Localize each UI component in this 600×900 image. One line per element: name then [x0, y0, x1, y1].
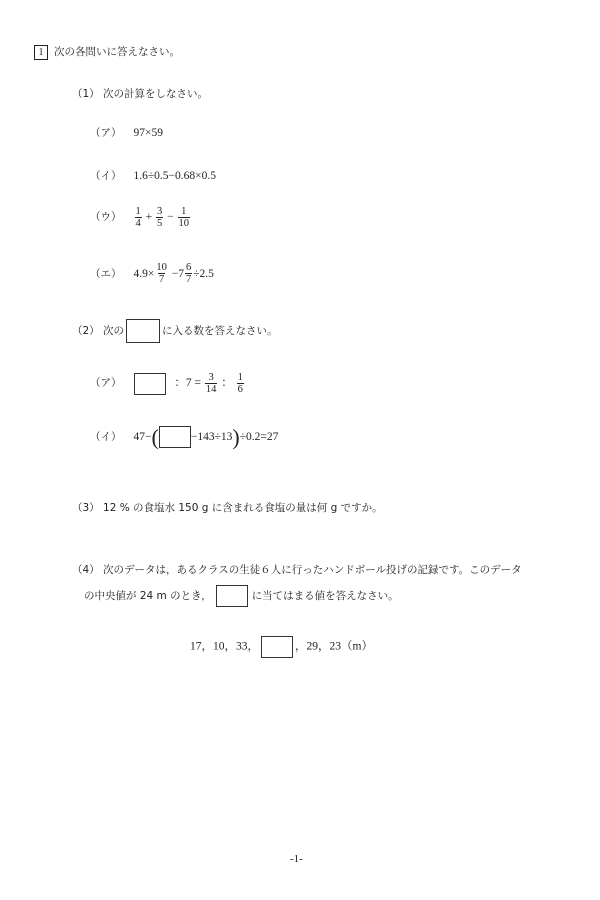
part2-item-b: （イ） 47−(−143÷13)÷0.2=27: [90, 426, 278, 448]
expression: 1.6÷0.5−0.68×0.5: [134, 170, 217, 182]
fraction: 14: [135, 206, 142, 229]
item-label: （イ）: [90, 429, 130, 444]
operator: −: [167, 211, 174, 223]
part1-item-c: （ウ） 14 + 35 − 110: [90, 206, 191, 229]
fraction: 35: [156, 206, 163, 229]
fraction: 110: [178, 206, 191, 229]
part3-text: 12 % の食塩水 150 g に含まれる食塩の量は何 g ですか。: [103, 502, 383, 514]
fraction: 67: [185, 262, 192, 285]
part4-line2: の中央値が 24 m のとき，に当てはまる値を答えなさい。: [84, 585, 399, 607]
part2-item-a: （ア） ：7 = 314 ： 16: [90, 372, 245, 395]
part1-item-b: （イ） 1.6÷0.5−0.68×0.5: [90, 168, 216, 183]
answer-box[interactable]: [261, 636, 293, 658]
answer-box[interactable]: [159, 426, 191, 448]
page-number: -1-: [290, 853, 303, 865]
part1-heading: （1） 次の計算をしなさい。: [72, 86, 208, 101]
part1-item-a: （ア） 97×59: [90, 125, 163, 140]
part3: （3） 12 % の食塩水 150 g に含まれる食塩の量は何 g ですか。: [72, 500, 383, 515]
part4-data: 17，10，33，，29，23（m）: [190, 636, 373, 658]
item-label: （ア）: [90, 375, 130, 390]
part1-instruction: 次の計算をしなさい。: [103, 88, 208, 100]
item-label: （ア）: [90, 125, 130, 140]
part2-label: （2）: [72, 325, 100, 337]
question-number: 1: [34, 45, 48, 60]
question-instruction: 次の各問いに答えなさい。: [54, 46, 180, 58]
item-label: （エ）: [90, 266, 130, 281]
part4-line1: （4） 次のデータは，あるクラスの生徒６人に行ったハンドボール投げの記録です。こ…: [72, 562, 522, 577]
part2-heading: （2） 次のに入る数を答えなさい。: [72, 319, 278, 343]
part1-item-d: （エ） 4.9×107 −767÷2.5: [90, 262, 214, 285]
part1-label: （1）: [72, 88, 100, 100]
answer-box-example: [216, 585, 248, 607]
fraction: 314: [205, 372, 218, 395]
answer-box-example: [126, 319, 160, 343]
operator: +: [146, 211, 153, 223]
part3-label: （3）: [72, 502, 100, 514]
question-header: 1次の各問いに答えなさい。: [34, 44, 180, 60]
answer-box[interactable]: [134, 373, 166, 395]
item-label: （ウ）: [90, 209, 130, 224]
fraction: 107: [155, 262, 168, 285]
item-label: （イ）: [90, 168, 130, 183]
part4-label: （4）: [72, 564, 100, 576]
expression: 97×59: [134, 127, 164, 139]
fraction: 16: [237, 372, 244, 395]
